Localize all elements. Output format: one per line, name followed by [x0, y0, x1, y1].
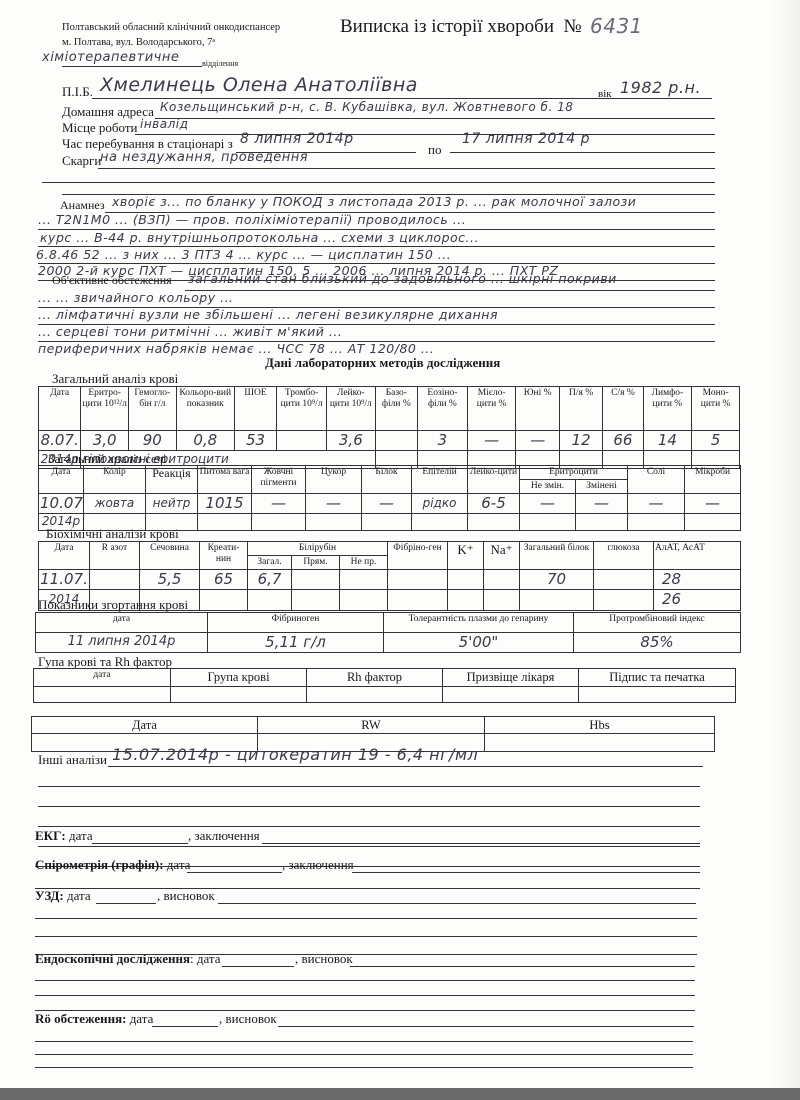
- cbc-cell: 5: [692, 431, 740, 451]
- biochem-header: Сечовина: [140, 542, 200, 570]
- age-value: 1982 р.н.: [620, 78, 701, 97]
- urine-cell: [198, 514, 252, 531]
- biochem-header: глюкоза: [594, 542, 654, 570]
- cbc-cell: 0,8: [176, 431, 234, 451]
- biochem-cell: 6,7: [248, 570, 292, 590]
- urine-header: Еритроцити: [520, 466, 628, 480]
- coag-cell: 5,11 г/л: [208, 633, 384, 653]
- urine-header: Білок: [362, 466, 412, 494]
- coag-header: Протромбіновий індекс: [574, 613, 741, 633]
- blood-group-cell: [443, 687, 579, 703]
- biochem-header: K⁺: [448, 542, 484, 570]
- biochem-header: Білірубін: [248, 542, 388, 556]
- urine-cell: рідко: [412, 494, 468, 514]
- cbc-header: Дата: [39, 387, 81, 431]
- biochem-cell: [484, 570, 520, 590]
- biochem-header: R азот: [90, 542, 140, 570]
- cbc-header: Лейко-цити 10⁹/л: [326, 387, 375, 431]
- work-label: Місце роботи: [62, 120, 138, 136]
- biochem-cell: [594, 590, 654, 610]
- table-row: 11.07. 5,5 65 6,7 70 28: [39, 570, 741, 590]
- biochem-cell: [248, 590, 292, 610]
- rw-header: RW: [258, 717, 485, 734]
- cbc-header: Еритро-цити 10¹²/л: [81, 387, 129, 431]
- coag-header-row: дата Фібриноген Толерантність плазми до …: [36, 613, 741, 633]
- urine-cell: [252, 514, 306, 531]
- blood-group-cell: [34, 687, 171, 703]
- biochem-header-row: Дата R азот Сечовина Креати-нин Білірубі…: [39, 542, 741, 556]
- cbc-cell: 3: [418, 431, 468, 451]
- rw-header-row: Дата RW Hbs: [32, 717, 715, 734]
- biochem-header: Креати-нин: [200, 542, 248, 570]
- rw-header: Дата: [32, 717, 258, 734]
- xray-label: Rö обстеження:: [35, 1011, 126, 1026]
- urine-cell: —: [576, 494, 628, 514]
- coag-cell: 11 липня 2014р: [36, 633, 208, 653]
- other-label: Інші аналізи: [38, 752, 107, 768]
- stay-to-value: 17 липня 2014 р: [462, 131, 590, 147]
- urine-cell: —: [628, 494, 685, 514]
- objective-line: ... серцеві тони ритмічні ... живіт м'як…: [38, 324, 342, 339]
- cbc-header: Лимфо-цити %: [643, 387, 692, 431]
- biochem-cell: [388, 570, 448, 590]
- cbc-cell: 66: [603, 431, 643, 451]
- cbc-header: П/я %: [559, 387, 602, 431]
- biochem-cell: [200, 590, 248, 610]
- cbc-header: Еозіно-філи %: [418, 387, 468, 431]
- biochem-cell: [594, 570, 654, 590]
- urine-header: Лейко-цити: [468, 466, 520, 494]
- biochem-header: Загальний білок: [520, 542, 594, 570]
- urine-cell: [685, 514, 741, 531]
- biochem-header: Фібріно-ген: [388, 542, 448, 570]
- ekg-line: ЕКГ: дата: [35, 828, 93, 844]
- objective-line: ... лімфатичні вузли не збільшені ... ле…: [38, 307, 498, 322]
- biochem-cell: [448, 590, 484, 610]
- coag-header: дата: [36, 613, 208, 633]
- biochem-cell: [340, 590, 388, 610]
- urine-header: Реакція: [146, 466, 198, 494]
- institution-address: м. Полтава, вул. Володарського, 7ᵃ: [62, 37, 215, 48]
- uzd-date-label: дата: [67, 888, 91, 903]
- urine-cell: —: [685, 494, 741, 514]
- uzd-conclusion-label: , висновок: [157, 888, 215, 904]
- age-label: вік: [598, 88, 612, 100]
- anamnesis-line: хворіє з... по бланку у ПОКОД з листопад…: [112, 194, 636, 209]
- urine-cell: 6-5: [468, 494, 520, 514]
- blood-group-table: дата Група крові Rh фактор Призвіще ліка…: [33, 668, 736, 703]
- table-row: 10.07 жовта нейтр 1015 — — — рідко 6-5 —…: [39, 494, 741, 514]
- biochem-cell: [90, 570, 140, 590]
- cbc-title: Загальний аналіз крові: [52, 371, 178, 387]
- biochem-cell: 65: [200, 570, 248, 590]
- xray-line: Rö обстеження: дата: [35, 1011, 153, 1027]
- coag-cell: 85%: [574, 633, 741, 653]
- cbc-header: Мієло-цити %: [467, 387, 516, 431]
- blood-group-header-row: дата Група крові Rh фактор Призвіще ліка…: [34, 669, 736, 687]
- cbc-cell: 8.07.: [39, 431, 81, 451]
- objective-line: загальний стан близький до задовільного …: [188, 271, 617, 286]
- anamnesis-label: Анамнез: [60, 198, 105, 213]
- cbc-header: ШОЕ: [234, 387, 276, 431]
- rw-cell: [485, 734, 715, 752]
- biochem-header: Na⁺: [484, 542, 520, 570]
- urine-header: Дата: [39, 466, 84, 494]
- name-value: Хмелинець Олена Анатоліївна: [100, 74, 418, 96]
- biochem-cell: [388, 590, 448, 610]
- urine-subheader: Змінені: [576, 480, 628, 494]
- cbc-header: Моно-цити %: [692, 387, 740, 431]
- biochem-title: Біохімічні аналізи крові: [46, 526, 179, 542]
- cbc-cell: 90: [128, 431, 176, 451]
- urine-header: Цукор: [306, 466, 362, 494]
- blood-group-header: дата: [34, 669, 171, 687]
- urine-header: Колір: [84, 466, 146, 494]
- biochem-cell: [292, 590, 340, 610]
- scan-edge: [770, 0, 800, 1100]
- biochem-subheader: Прям.: [292, 556, 340, 570]
- cbc-header: Гемогло-бін г/л: [128, 387, 176, 431]
- blood-group-header: Група крові: [171, 669, 307, 687]
- urine-header: Епітелій: [412, 466, 468, 494]
- urine-header: Мікроби: [685, 466, 741, 494]
- complaints-label: Скарги: [62, 153, 101, 169]
- uzd-label: УЗД:: [35, 888, 64, 903]
- spiro-line: Спірометрія (графія): дата: [35, 857, 190, 873]
- objective-line: периферичних набряків немає ... ЧСС 78 .…: [38, 341, 434, 356]
- urine-header: Солі: [628, 466, 685, 494]
- title-text: Виписка із історії хвороби: [340, 16, 554, 37]
- blood-group-header: Призвіще лікаря: [443, 669, 579, 687]
- cbc-header: Юні %: [516, 387, 559, 431]
- department-value: хіміотерапевтичне: [42, 50, 179, 65]
- biochem-header: АлАТ, АсАТ: [654, 542, 741, 570]
- urine-header: Питома вага: [198, 466, 252, 494]
- urine-cell: [520, 514, 576, 531]
- biochem-subheader: Загал.: [248, 556, 292, 570]
- biochem-cell: 26: [654, 590, 741, 610]
- urine-cell: —: [520, 494, 576, 514]
- endo-line: Ендоскопічні дослідження: дата: [35, 951, 221, 967]
- coag-cell: 5'00": [384, 633, 574, 653]
- cbc-cell: 12: [559, 431, 602, 451]
- urine-table: Дата Колір Реакція Питома вага Жовчні пі…: [38, 465, 741, 531]
- urine-cell: жовта: [84, 494, 146, 514]
- xray-conclusion-label: , висновок: [219, 1011, 277, 1027]
- spiro-date-label: дата: [167, 857, 191, 872]
- cbc-header-row: Дата Еритро-цити 10¹²/л Гемогло-бін г/л …: [39, 387, 740, 431]
- cbc-header: Тромбо-цити 10⁹/л: [277, 387, 327, 431]
- objective-label: Об'єктивне обстеження: [52, 273, 172, 288]
- endo-date-label: : дата: [190, 951, 221, 966]
- endo-conclusion-label: , висновок: [295, 951, 353, 967]
- urine-cell: [628, 514, 685, 531]
- urine-cell: [412, 514, 468, 531]
- table-row: 8.07. 3,0 90 0,8 53 3,6 3 — — 12 66 14 5: [39, 431, 740, 451]
- urine-cell: —: [362, 494, 412, 514]
- spiro-conclusion-label: , заключення: [282, 857, 354, 873]
- document-title: Виписка із історії хвороби №: [340, 16, 582, 38]
- blood-group-header: Підпис та печатка: [579, 669, 736, 687]
- urine-cell: [362, 514, 412, 531]
- anamnesis-line: ... T2N1M0 ... (ВЗП) — пров. поліхіміоте…: [38, 212, 466, 227]
- table-row: [34, 687, 736, 703]
- biochem-cell: 11.07.: [39, 570, 90, 590]
- cbc-cell: 53: [234, 431, 276, 451]
- scan-bottom-edge: [0, 1088, 800, 1100]
- cbc-cell: —: [516, 431, 559, 451]
- cbc-header: Базо-філи %: [375, 387, 417, 431]
- coag-header: Толерантність плазми до гепарину: [384, 613, 574, 633]
- name-label: П.І.Б.: [62, 84, 93, 100]
- biochem-cell: [292, 570, 340, 590]
- complaints-value: на нездужання, проведення: [100, 150, 308, 165]
- biochem-cell: [340, 570, 388, 590]
- cbc-cell: 3,6: [326, 431, 375, 451]
- ekg-conclusion-label: , заключення: [188, 828, 260, 844]
- blood-group-header: Rh фактор: [307, 669, 443, 687]
- urine-cell: [576, 514, 628, 531]
- biochem-cell: [448, 570, 484, 590]
- urine-cell: —: [252, 494, 306, 514]
- blood-group-cell: [171, 687, 307, 703]
- coag-table: дата Фібриноген Толерантність плазми до …: [35, 612, 741, 653]
- urine-cell: [306, 514, 362, 531]
- cbc-header: Кольоро-вий показник: [176, 387, 234, 431]
- uzd-line: УЗД: дата: [35, 888, 91, 904]
- biochem-subheader: Не пр.: [340, 556, 388, 570]
- biochem-cell: 28: [654, 570, 741, 590]
- biochem-header: Дата: [39, 542, 90, 570]
- stay-from-value: 8 липня 2014р: [240, 131, 354, 147]
- rw-header: Hbs: [485, 717, 715, 734]
- biochem-cell: 5,5: [140, 570, 200, 590]
- stay-from-label: з: [228, 136, 233, 151]
- cbc-cell: [375, 431, 417, 451]
- stay-to-label: по: [428, 142, 441, 158]
- spiro-label: Спірометрія (графія):: [35, 857, 164, 872]
- number-label: №: [564, 16, 582, 37]
- blood-group-cell: [307, 687, 443, 703]
- address-value: Козельщинський р-н, с. В. Кубашівка, вул…: [160, 100, 573, 114]
- urine-header: Жовчні пігменти: [252, 466, 306, 494]
- urine-cell: нейтр: [146, 494, 198, 514]
- institution-name: Полтавський обласний клінічний онкодиспа…: [62, 22, 280, 33]
- endo-label: Ендоскопічні дослідження: [35, 951, 190, 966]
- objective-line: ... ... звичайного кольору ...: [38, 290, 234, 305]
- urine-cell: —: [306, 494, 362, 514]
- ekg-date-label: дата: [69, 828, 93, 843]
- record-number: 6431: [590, 14, 643, 38]
- biochem-cell: [520, 590, 594, 610]
- urine-cell: 1015: [198, 494, 252, 514]
- urine-cell: [468, 514, 520, 531]
- coag-header: Фібриноген: [208, 613, 384, 633]
- lab-section-title: Дані лабораторних методів дослідження: [265, 355, 500, 371]
- biochem-cell: 70: [520, 570, 594, 590]
- cbc-cell: 3,0: [81, 431, 129, 451]
- anamnesis-line: 6.8.46 52 ... з них ... 3 ПТЗ 4 ... курс…: [36, 247, 451, 262]
- urine-cell: 10.07: [39, 494, 84, 514]
- anamnesis-line: курс ... В-44 р. внутрішньопротокольна .…: [40, 230, 479, 245]
- table-row: 11 липня 2014р 5,11 г/л 5'00" 85%: [36, 633, 741, 653]
- work-value: інвалід: [140, 117, 188, 131]
- other-value: 15.07.2014р - цитокератин 19 - 6,4 нг/мл: [112, 745, 478, 764]
- cbc-cell: [277, 431, 327, 451]
- coag-title: Показники згортання крові: [38, 597, 188, 613]
- cbc-cell: —: [467, 431, 516, 451]
- urine-subheader: Не змін.: [520, 480, 576, 494]
- biochem-cell: [484, 590, 520, 610]
- cbc-cell: 14: [643, 431, 692, 451]
- cbc-header: С/я %: [603, 387, 643, 431]
- stay-label-text: Час перебування в стаціонарі: [62, 136, 224, 151]
- department-label: відділення: [202, 59, 238, 68]
- ekg-label: ЕКГ:: [35, 828, 66, 843]
- blood-group-cell: [579, 687, 736, 703]
- xray-date-label: дата: [130, 1011, 154, 1026]
- urine-header-row: Дата Колір Реакція Питома вага Жовчні пі…: [39, 466, 741, 480]
